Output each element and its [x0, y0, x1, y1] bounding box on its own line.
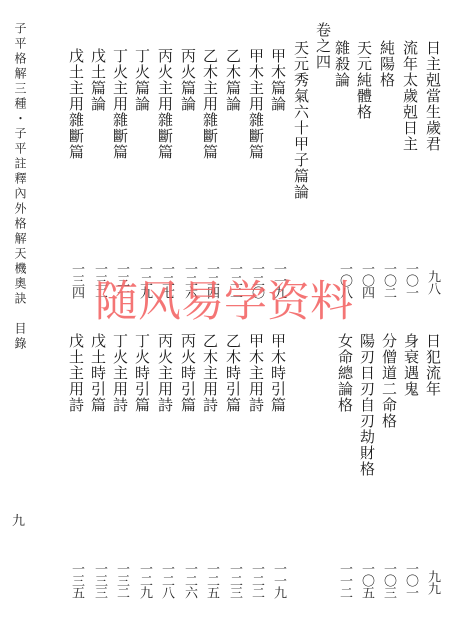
page-number: 一一二 — [336, 562, 352, 598]
toc-entry: 陽刃日刃自刃劫財格 — [357, 333, 377, 477]
volume-subtitle: 天元秀氣六十甲子篇論 — [291, 40, 311, 200]
page-number: 一二九 — [136, 562, 152, 598]
toc-entry: 戊土篇論 — [88, 48, 108, 112]
page-number: 一三五 — [68, 562, 84, 598]
toc-entry: 日主剋當生歲君 — [423, 40, 443, 152]
page-number: 九八 — [424, 270, 440, 294]
page-number: 一三四 — [68, 262, 84, 298]
toc-entry: 甲木主用雜斷篇 — [246, 48, 266, 160]
volume-heading: 卷之四 — [313, 22, 333, 70]
toc-entry: 天元純體格 — [354, 40, 374, 120]
toc-entry: 乙木篇論 — [223, 48, 243, 112]
toc-entry: 戊土時引篇 — [88, 333, 108, 413]
page-folio: 九 — [12, 510, 25, 529]
page-number: 一〇一 — [402, 262, 418, 298]
toc-entry: 分僧道二命格 — [379, 333, 399, 429]
toc-entry: 乙木主用雜斷篇 — [200, 48, 220, 160]
page-number: 一三三 — [91, 562, 107, 598]
page-number: 一一九 — [270, 562, 286, 598]
page-number: 一〇二 — [380, 262, 396, 298]
watermark: 随风易学资料 — [95, 268, 353, 329]
toc-entry: 流年太歲剋日主 — [400, 40, 420, 152]
toc-entry: 雜殺論 — [332, 40, 352, 88]
toc-entry: 純陽格 — [377, 40, 397, 88]
page-number: 一二二 — [248, 562, 264, 598]
page-number: 一二三 — [226, 562, 242, 598]
page-number: 一三二 — [113, 562, 129, 598]
toc-entry: 甲木時引篇 — [268, 333, 288, 413]
toc-entry: 乙木主用詩 — [200, 333, 220, 413]
running-header: 子平格解三種・子平註釋內外格解天機奧訣 目錄 — [12, 22, 29, 352]
toc-entry: 丙火主用雜斷篇 — [155, 48, 175, 160]
toc-entry: 丙火主用詩 — [155, 333, 175, 413]
toc-entry: 身衰遇鬼 — [401, 333, 421, 397]
toc-entry: 乙木時引篇 — [223, 333, 243, 413]
page-number: 一〇五 — [358, 562, 374, 598]
page-number: 一二六 — [181, 562, 197, 598]
toc-entry: 甲木篇論 — [268, 48, 288, 112]
toc-entry: 丙火時引篇 — [178, 333, 198, 413]
toc-entry: 戊土主用詩 — [66, 333, 86, 413]
toc-entry: 丁火時引篇 — [132, 333, 152, 413]
toc-entry: 女命總論格 — [335, 333, 355, 413]
page-number: 一〇三 — [380, 562, 396, 598]
toc-entry: 丁火主用詩 — [110, 333, 130, 413]
page-number: 一二五 — [203, 562, 219, 598]
page-number: 一〇四 — [358, 262, 374, 298]
page-number: 一二八 — [158, 562, 174, 598]
toc-entry: 丙火篇論 — [178, 48, 198, 112]
toc-entry: 丁火篇論 — [132, 48, 152, 112]
toc-entry: 甲木主用詩 — [246, 333, 266, 413]
toc-entry: 日犯流年 — [423, 333, 443, 397]
page-number: 一〇一 — [402, 562, 418, 598]
page-number: 九九 — [424, 570, 440, 594]
toc-entry: 丁火主用雜斷篇 — [110, 48, 130, 160]
toc-entry: 戊土主用雜斷篇 — [66, 48, 86, 160]
